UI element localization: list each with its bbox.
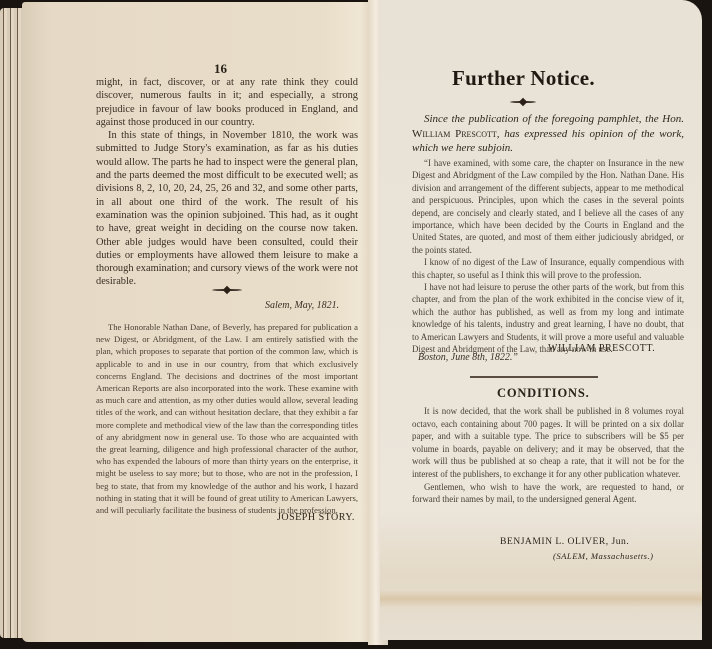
intro-text: Since the publication of the foregoing p…: [424, 113, 684, 125]
ornament-divider: [510, 101, 536, 103]
paragraph: I know of no digest of the Law of Insura…: [412, 256, 684, 281]
date-line: Salem, May, 1821.: [265, 300, 339, 311]
paragraph: might, in fact, discover, or at any rate…: [96, 76, 358, 129]
signature-joseph-story: JOSEPH STORY.: [277, 512, 355, 523]
paragraph: It is now decided, that the work shall b…: [412, 405, 684, 481]
water-stain: [380, 590, 702, 608]
conditions-heading: CONDITIONS.: [497, 386, 590, 401]
conditions-text: It is now decided, that the work shall b…: [412, 405, 684, 506]
intro-paragraph: Since the publication of the foregoing p…: [412, 112, 684, 156]
intro-name: William Prescott: [412, 128, 497, 140]
page-number: 16: [214, 61, 227, 77]
left-body-text: might, in fact, discover, or at any rate…: [96, 76, 358, 289]
paragraph: In this state of things, in November 181…: [96, 129, 358, 289]
page-title: Further Notice.: [452, 66, 595, 91]
paragraph: “I have examined, with some care, the ch…: [412, 157, 684, 256]
story-letter: The Honorable Nathan Dane, of Beverly, h…: [96, 321, 358, 516]
paragraph: Gentlemen, who wish to have the work, ar…: [412, 481, 684, 506]
paragraph: The Honorable Nathan Dane, of Beverly, h…: [96, 321, 358, 516]
ornament-divider: [212, 289, 242, 291]
section-rule: [470, 376, 598, 378]
agent-location: (SALEM, Massachusetts.): [553, 551, 654, 561]
prescott-letter: “I have examined, with some care, the ch…: [412, 157, 684, 356]
prescott-date: Boston, June 8th, 1822.”: [418, 352, 518, 363]
signature-william-prescott: WILLIAM PRESCOTT.: [548, 343, 655, 354]
open-book: 16 might, in fact, discover, or at any r…: [0, 0, 712, 649]
agent-name: BENJAMIN L. OLIVER, Jun.: [500, 536, 629, 547]
